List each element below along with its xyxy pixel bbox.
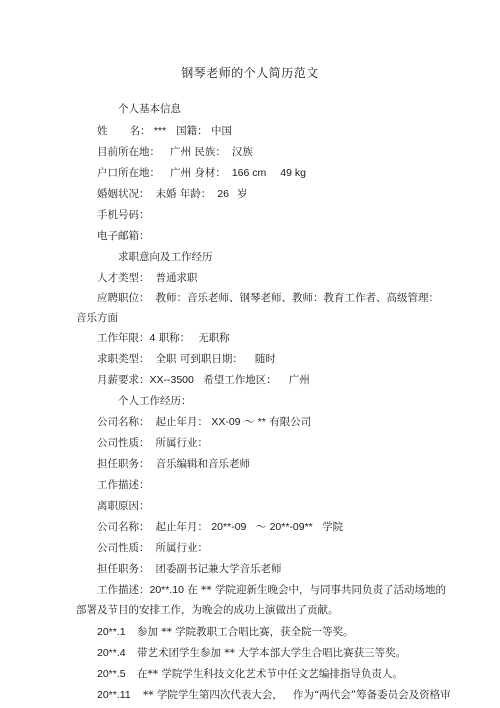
field-position-applied-cont: 音乐方面 bbox=[76, 311, 118, 325]
achievement-item: 20**.5在** 学院学生科技文化艺术节中任文艺编排指导负责人。 bbox=[97, 667, 403, 681]
field-company-2: 公司名称：起止年月： 20**-09 ～ 20**-09** 学院 bbox=[97, 520, 343, 534]
field-role-2: 担任职务：团委副书记兼大学音乐老师 bbox=[97, 562, 282, 576]
field-work-years: 工作年限：4 职称：无职称 bbox=[97, 331, 230, 345]
field-current-location: 目前所在地：广州 民族：汉族 bbox=[97, 145, 253, 159]
field-email: 电子邮箱： bbox=[97, 229, 150, 243]
field-role-1: 担任职务：音乐编辑和音乐老师 bbox=[97, 457, 250, 471]
field-household-location: 户口所在地：广州 身材：166 cm49 kg bbox=[97, 166, 306, 180]
field-job-type: 求职类型：全职 可到职日期：随时 bbox=[97, 352, 276, 366]
achievement-item: 20**.4带艺术团学生参加 ** 大学本部大学生合唱比赛获三等奖。 bbox=[97, 646, 406, 660]
field-company-1: 公司名称：起止年月： XX-09 ～ ** 有限公司 bbox=[97, 415, 311, 429]
field-phone: 手机号码： bbox=[97, 208, 150, 222]
field-job-description-1: 工作描述： bbox=[97, 478, 150, 492]
achievement-item: 20**.1参加 ** 学院教职工合唱比赛，获全院一等奖。 bbox=[97, 625, 354, 639]
document-title: 钢琴老师的个人简历范文 bbox=[0, 64, 500, 81]
field-leave-reason-1: 离职原因： bbox=[97, 499, 150, 513]
section-heading-basic-info: 个人基本信息 bbox=[118, 102, 181, 116]
achievement-item: 20**.11** 学院学生第四次代表大会，作为“两代会”筹备委员会及资格审 bbox=[97, 688, 451, 702]
field-name: 姓名： ***国籍： 中国 bbox=[97, 124, 232, 138]
field-marital-status: 婚姻状况：未婚 年龄：26岁 bbox=[97, 187, 248, 201]
section-heading-job-intent: 求职意向及工作经历 bbox=[118, 250, 213, 264]
field-company-nature-1: 公司性质：所属行业： bbox=[97, 436, 208, 450]
field-position-applied: 应聘职位：教师：音乐老师、钢琴老师、教师：教育工作者、高级管理： bbox=[97, 291, 439, 305]
field-job-description-2: 工作描述：20**.10 在 ** 学院迎新生晚会中，与同事共同负责了活动场地的 bbox=[97, 583, 446, 597]
field-company-nature-2: 公司性质：所属行业： bbox=[97, 541, 208, 555]
section-heading-work-history: 个人工作经历： bbox=[118, 394, 192, 408]
field-job-description-2-cont: 部署及节目的安排工作，为晚会的成功上演做出了贡献。 bbox=[76, 603, 339, 617]
document-page: 钢琴老师的个人简历范文 个人基本信息 姓名： ***国籍： 中国 目前所在地：广… bbox=[0, 0, 500, 708]
field-talent-type: 人才类型：普通求职 bbox=[97, 271, 198, 285]
field-salary: 月薪要求：XX--3500 希望工作地区：广州 bbox=[97, 373, 310, 387]
